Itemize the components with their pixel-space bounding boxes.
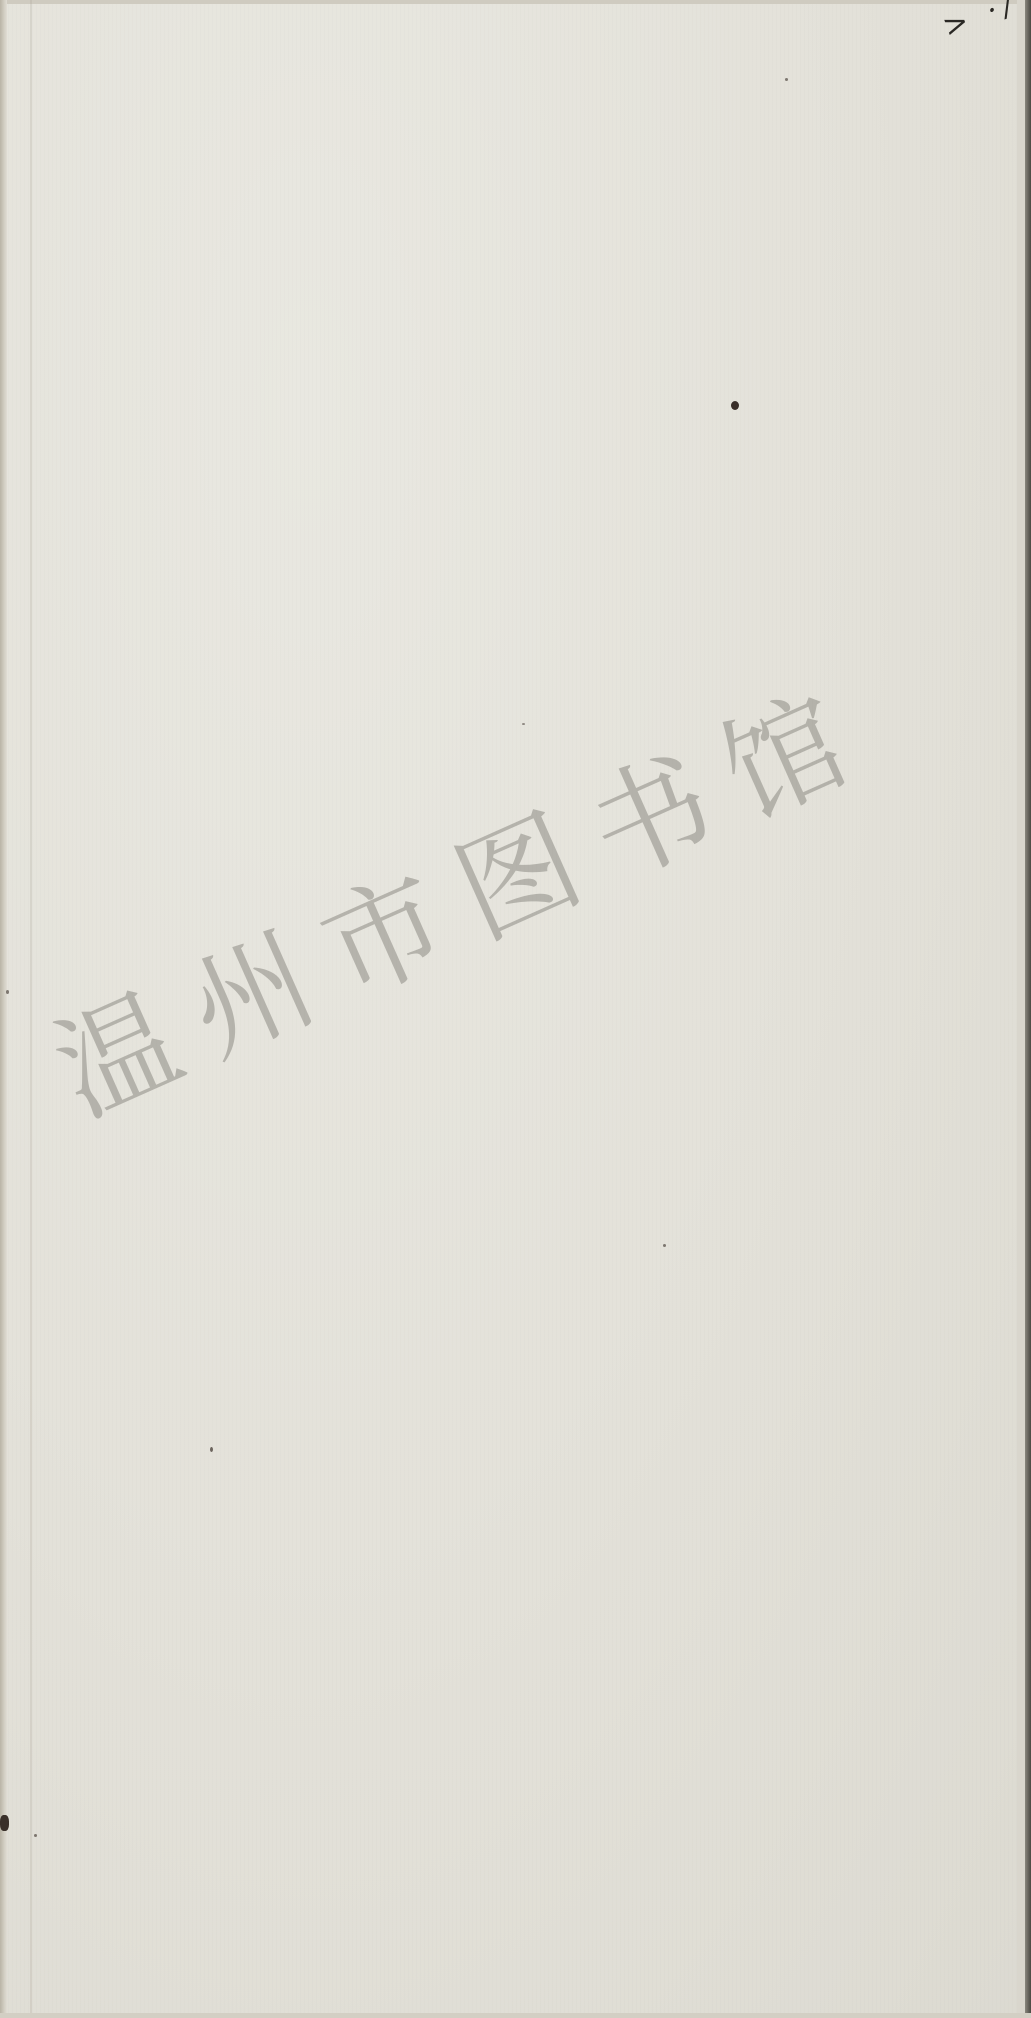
scanned-page: > ·/ 温州市图书馆 xyxy=(0,0,1031,2018)
handwritten-page-mark: > ·/ xyxy=(938,0,1024,45)
page-bottom-edge xyxy=(0,2013,1031,2018)
ink-spot xyxy=(6,990,9,994)
ink-spot xyxy=(663,1244,666,1247)
binding-edge xyxy=(0,0,7,2018)
ink-spot xyxy=(731,401,739,410)
binding-fold-line xyxy=(30,0,32,2018)
ink-spot xyxy=(34,1834,37,1837)
ink-spot xyxy=(0,1815,9,1831)
ink-spot xyxy=(210,1447,213,1452)
page-top-edge xyxy=(0,0,1031,4)
page-right-edge xyxy=(1025,0,1031,2018)
page-right-margin xyxy=(1017,0,1025,2018)
library-watermark: 温州市图书馆 xyxy=(25,636,894,1148)
ink-spot xyxy=(522,723,525,725)
ink-spot xyxy=(785,78,788,81)
